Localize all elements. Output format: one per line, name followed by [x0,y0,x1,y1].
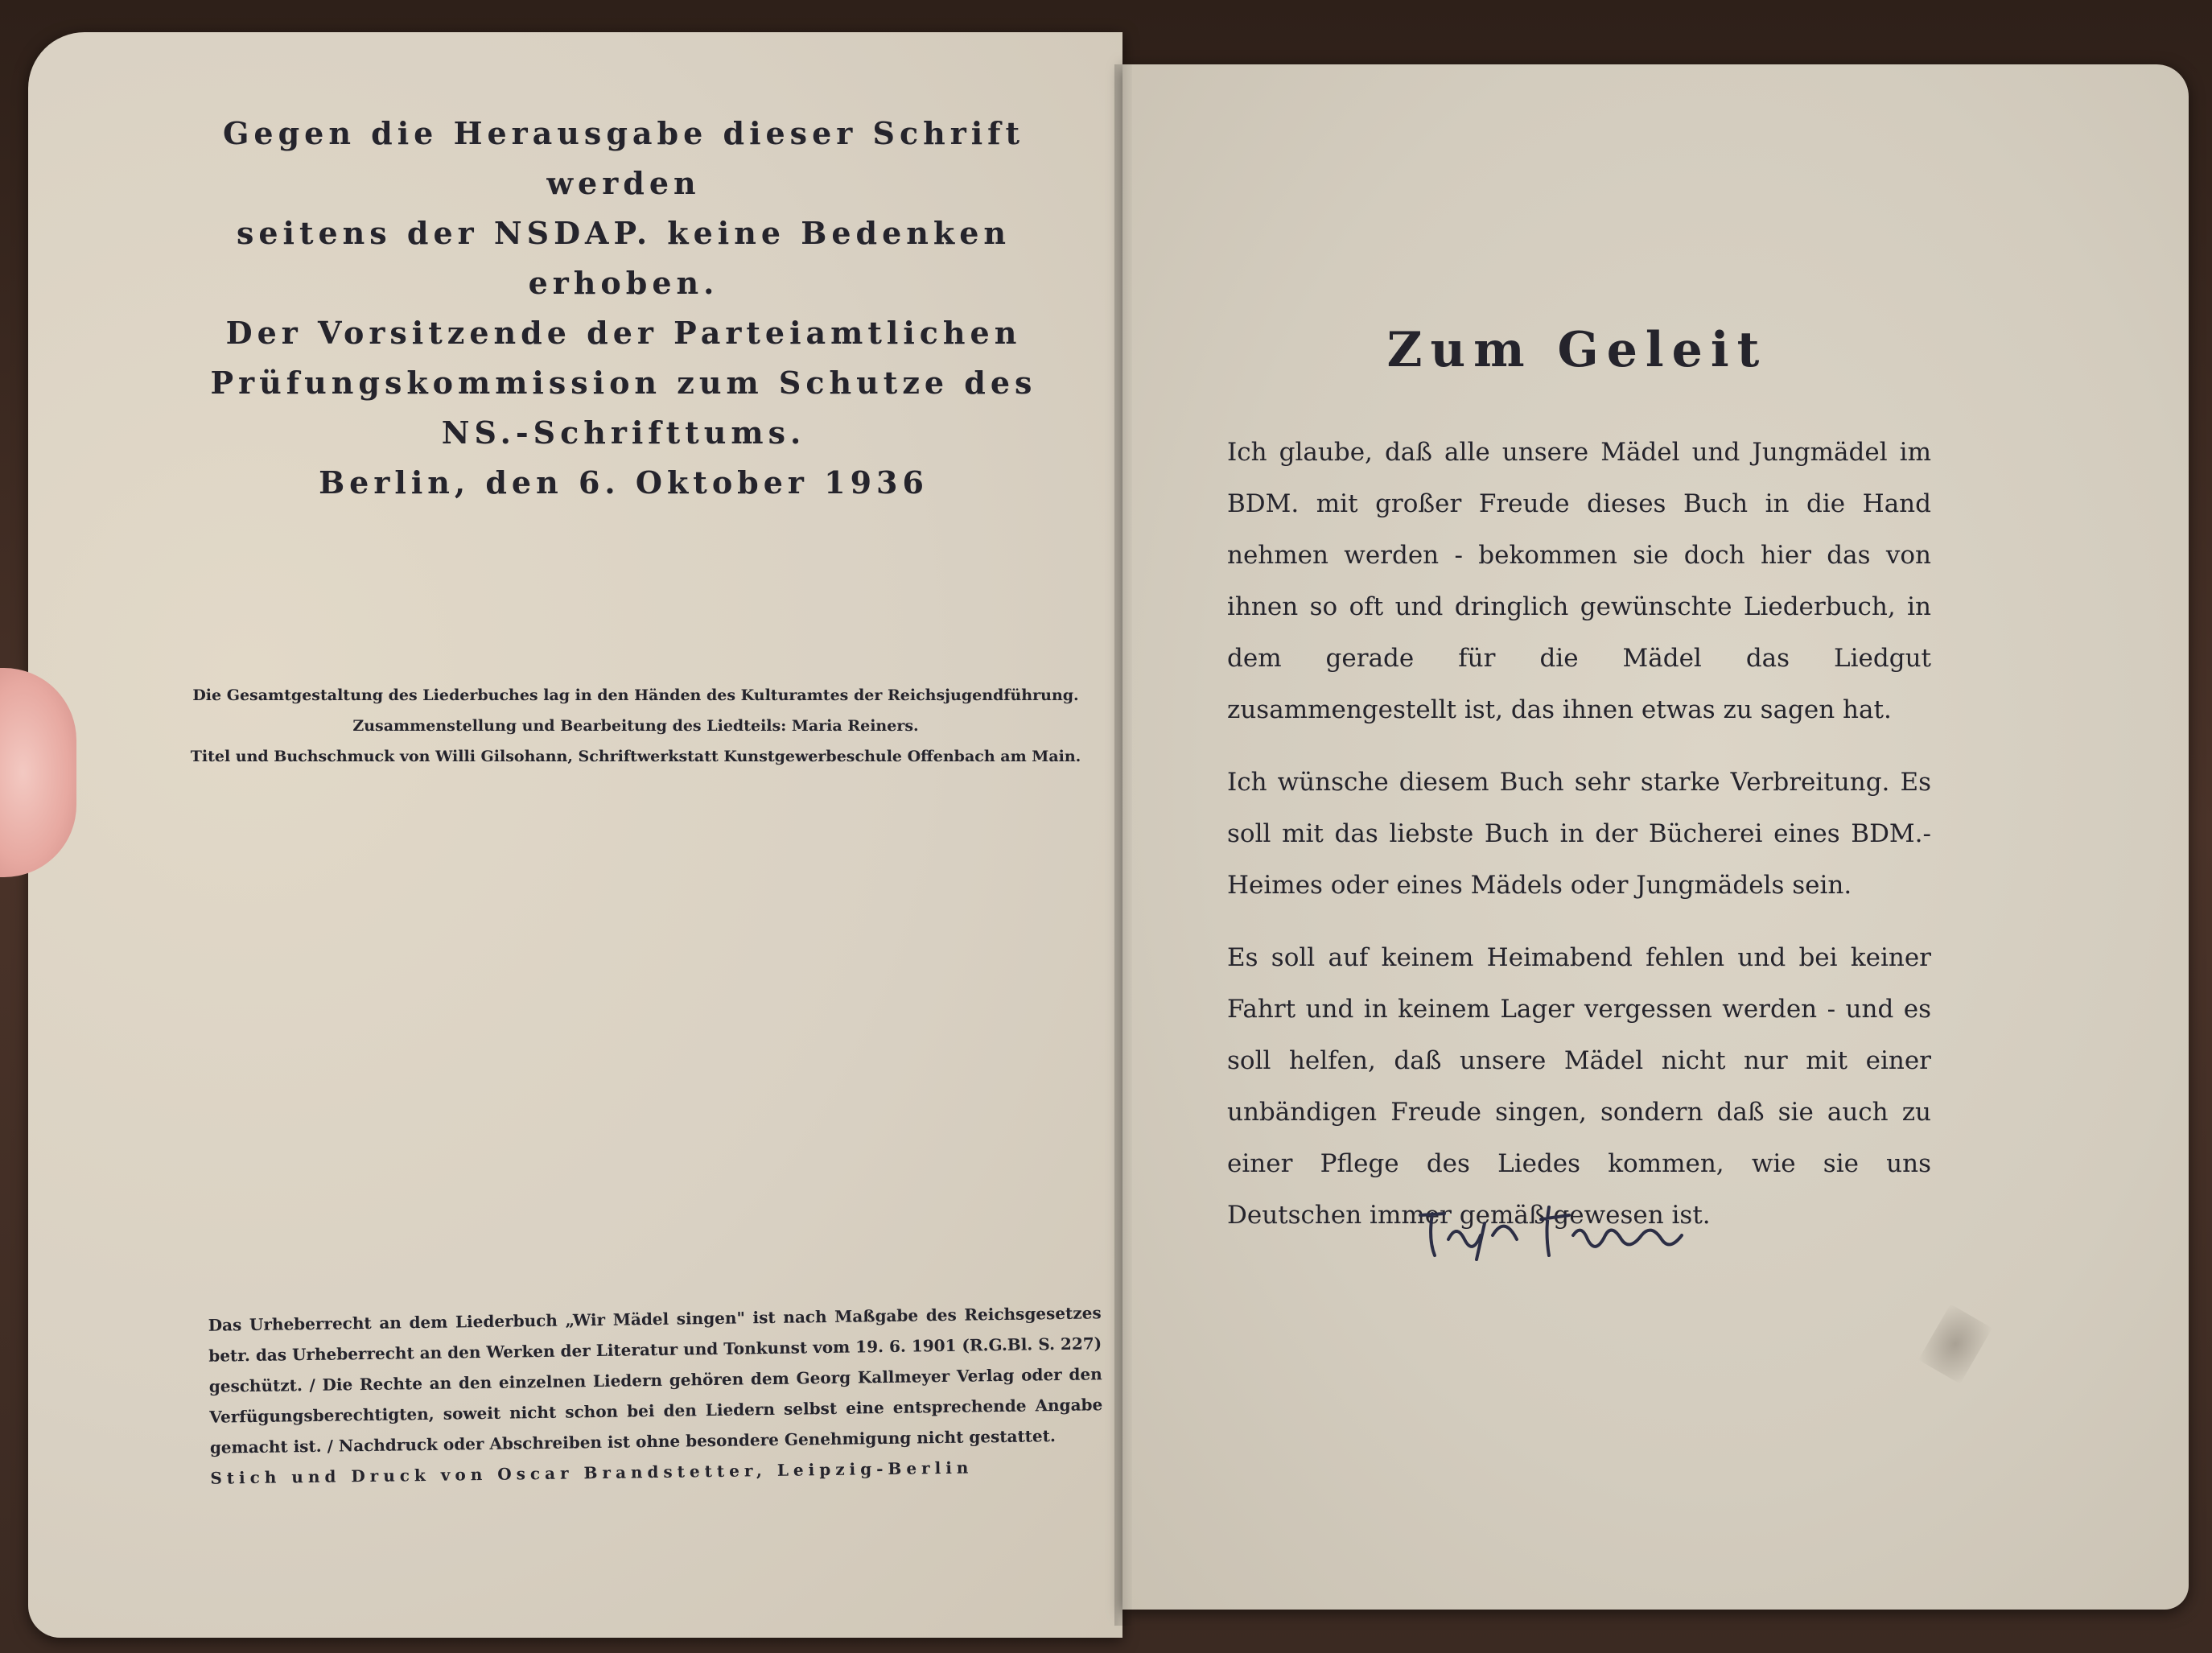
approval-line: Gegen die Herausgabe dieser Schrift werd… [161,109,1086,208]
copyright-block: Das Urheberrecht an dem Liederbuch „Wir … [208,1297,1103,1493]
book-spine [1114,64,1132,1626]
credits-line: Die Gesamtgestaltung des Liederbuches la… [161,680,1110,711]
copyright-text: Das Urheberrecht an dem Liederbuch „Wir … [208,1297,1103,1462]
foreword-text: Ich glaube, daß alle unsere Mädel und Ju… [1227,427,1931,1262]
approval-line: seitens der NSDAP. keine Bedenken erhobe… [161,208,1086,308]
approval-notice: Gegen die Herausgabe dieser Schrift werd… [161,109,1086,508]
approval-line: Prüfungskommission zum Schutze des NS.-S… [161,358,1086,458]
foreword-paragraph: Ich glaube, daß alle unsere Mädel und Ju… [1227,427,1931,736]
credits-block: Die Gesamtgestaltung des Liederbuches la… [161,680,1110,772]
credits-line: Titel und Buchschmuck von Willi Gilsohan… [161,741,1110,772]
approval-date: Berlin, den 6. Oktober 1936 [161,458,1086,508]
handwritten-signature-icon [1412,1199,1750,1263]
credits-line: Zusammenstellung und Bearbeitung des Lie… [161,711,1110,741]
foreword-paragraph: Es soll auf keinem Heimabend fehlen und … [1227,932,1931,1241]
approval-line: Der Vorsitzende der Parteiamtlichen [161,308,1086,358]
page-heading: Zum Geleit [1207,322,1947,378]
foreword-paragraph: Ich wünsche diesem Buch sehr starke Verb… [1227,756,1931,911]
